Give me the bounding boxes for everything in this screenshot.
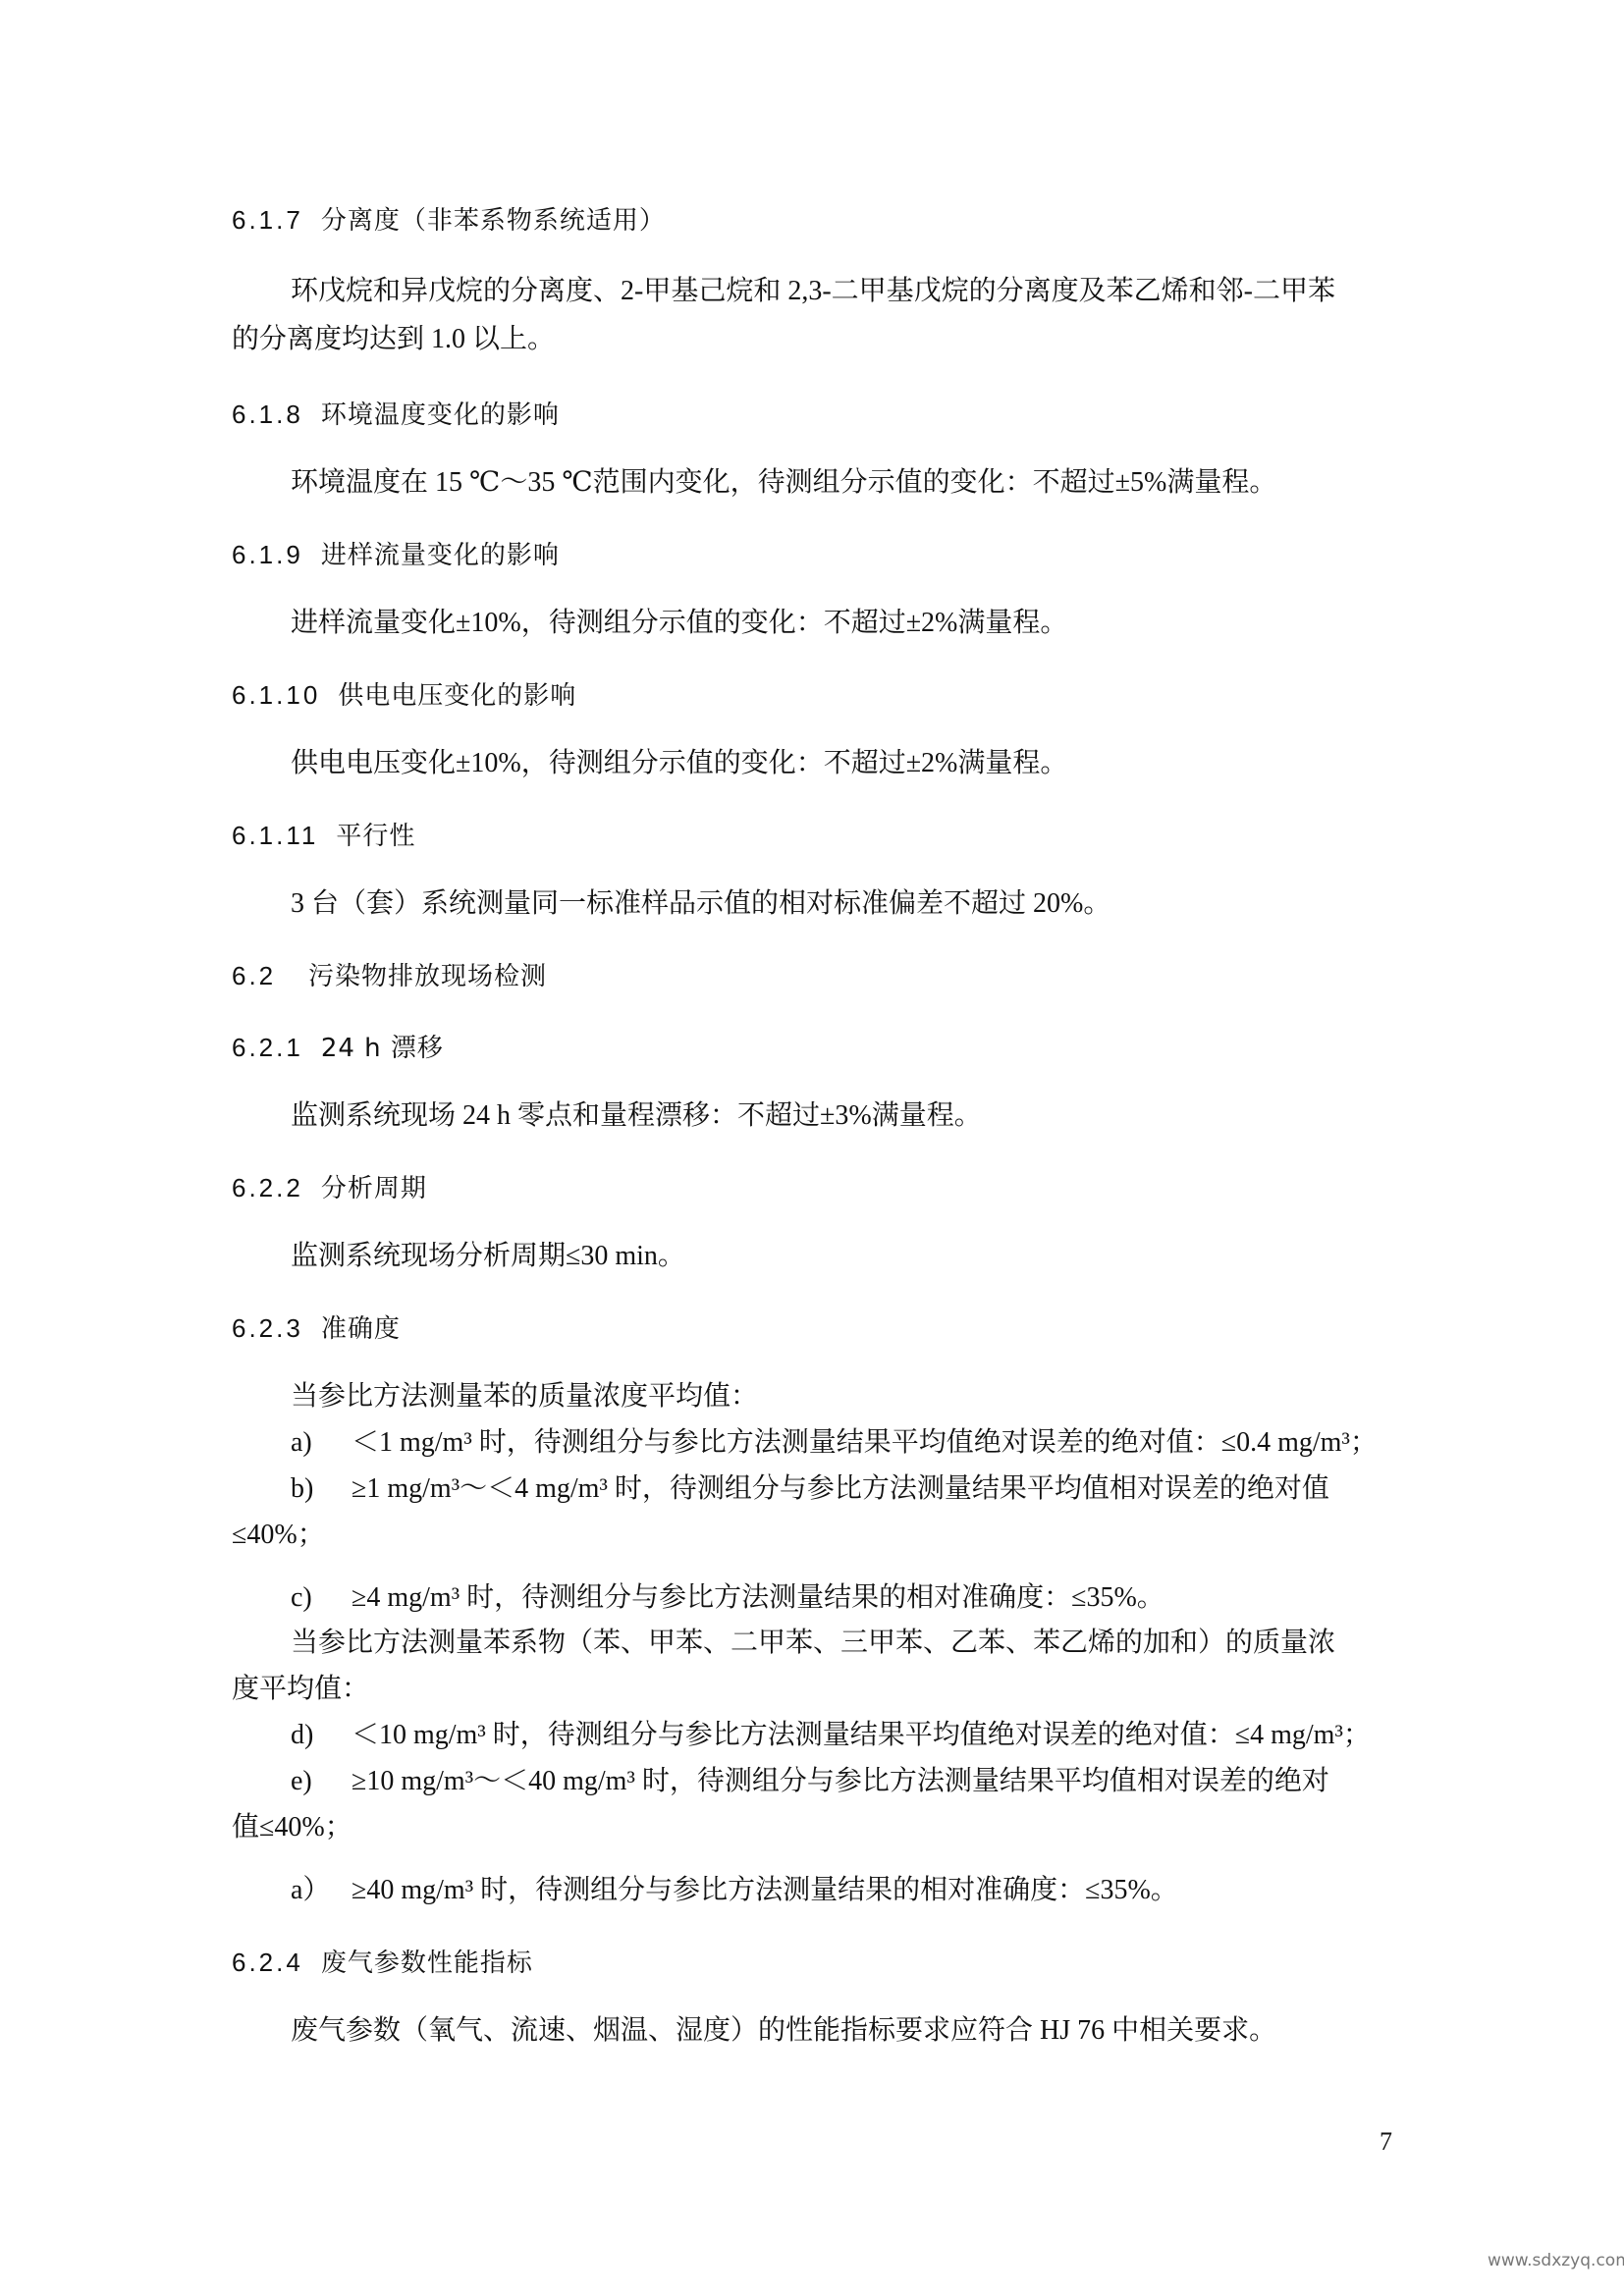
page-number: 7 xyxy=(1380,2127,1392,2157)
paragraph-6-1-10: 供电电压变化±10%，待测组分示值的变化：不超过±2%满量程。 xyxy=(291,746,1453,781)
section-heading-6-2-2: 6.2.2分析周期 xyxy=(232,1171,427,1205)
document-page: 6.1.7分离度（非苯系物系统适用） 环戊烷和异戊烷的分离度、2-甲基己烷和 2… xyxy=(0,0,1624,2296)
section-heading-6-1-9: 6.1.9进样流量变化的影响 xyxy=(232,538,560,572)
section-heading-6-1-7: 6.1.7分离度（非苯系物系统适用） xyxy=(232,203,666,238)
section-heading-6-1-11: 6.1.11平行性 xyxy=(232,819,415,853)
list-item-d: d)＜10 mg/m³ 时，待测组分与参比方法测量结果平均值绝对误差的绝对值：≤… xyxy=(291,1718,1371,1753)
list-item-f: a）≥40 mg/m³ 时，待测组分与参比方法测量结果的相对准确度：≤35%。 xyxy=(291,1873,1178,1908)
list-item-a: a)＜1 mg/m³ 时，待测组分与参比方法测量结果平均值绝对误差的绝对值：≤0… xyxy=(291,1425,1378,1461)
paragraph-6-1-11: 3 台（套）系统测量同一标准样品示值的相对标准偏差不超过 20%。 xyxy=(291,886,1453,922)
paragraph-6-2-3-intro-benzene: 当参比方法测量苯的质量浓度平均值： xyxy=(291,1379,1453,1415)
paragraph-6-2-4: 废气参数（氧气、流速、烟温、湿度）的性能指标要求应符合 HJ 76 中相关要求。 xyxy=(291,2013,1453,2049)
paragraph-6-1-7-line2: 的分离度均达到 1.0 以上。 xyxy=(232,322,1394,357)
paragraph-6-1-7-line1: 环戊烷和异戊烷的分离度、2-甲基己烷和 2,3-二甲基戊烷的分离度及苯乙烯和邻-… xyxy=(291,274,1453,309)
list-item-c: c)≥4 mg/m³ 时，待测组分与参比方法测量结果的相对准确度：≤35%。 xyxy=(291,1580,1164,1616)
section-heading-6-1-8: 6.1.8环境温度变化的影响 xyxy=(232,398,560,432)
section-heading-6-2-1: 6.2.124 h 漂移 xyxy=(232,1031,444,1065)
section-heading-6-2-4: 6.2.4废气参数性能指标 xyxy=(232,1946,533,1980)
paragraph-6-1-8: 环境温度在 15 ℃～35 ℃范围内变化，待测组分示值的变化：不超过±5%满量程… xyxy=(291,465,1453,501)
list-item-b: b)≥1 mg/m³～＜4 mg/m³ 时，待测组分与参比方法测量结果平均值相对… xyxy=(291,1471,1329,1507)
list-item-e-continuation: 值≤40%； xyxy=(232,1810,1394,1845)
paragraph-6-2-1: 监测系统现场 24 h 零点和量程漂移：不超过±3%满量程。 xyxy=(291,1098,1453,1134)
section-heading-6-1-10: 6.1.10供电电压变化的影响 xyxy=(232,678,576,713)
watermark: www.sdxzyq.com xyxy=(1488,2251,1624,2270)
paragraph-6-1-9: 进样流量变化±10%，待测组分示值的变化：不超过±2%满量程。 xyxy=(291,606,1453,641)
paragraph-6-2-2: 监测系统现场分析周期≤30 min。 xyxy=(291,1239,1453,1274)
list-item-b-continuation: ≤40%； xyxy=(232,1518,1394,1553)
paragraph-6-2-3-intro-benzene-series-line1: 当参比方法测量苯系物（苯、甲苯、二甲苯、三甲苯、乙苯、苯乙烯的加和）的质量浓 xyxy=(291,1626,1453,1661)
section-heading-6-2-3: 6.2.3准确度 xyxy=(232,1311,401,1346)
list-item-e: e)≥10 mg/m³～＜40 mg/m³ 时，待测组分与参比方法测量结果平均值… xyxy=(291,1764,1329,1799)
paragraph-6-2-3-intro-benzene-series-line2: 度平均值： xyxy=(232,1672,1394,1707)
section-heading-6-2: 6.2污染物排放现场检测 xyxy=(232,959,547,993)
